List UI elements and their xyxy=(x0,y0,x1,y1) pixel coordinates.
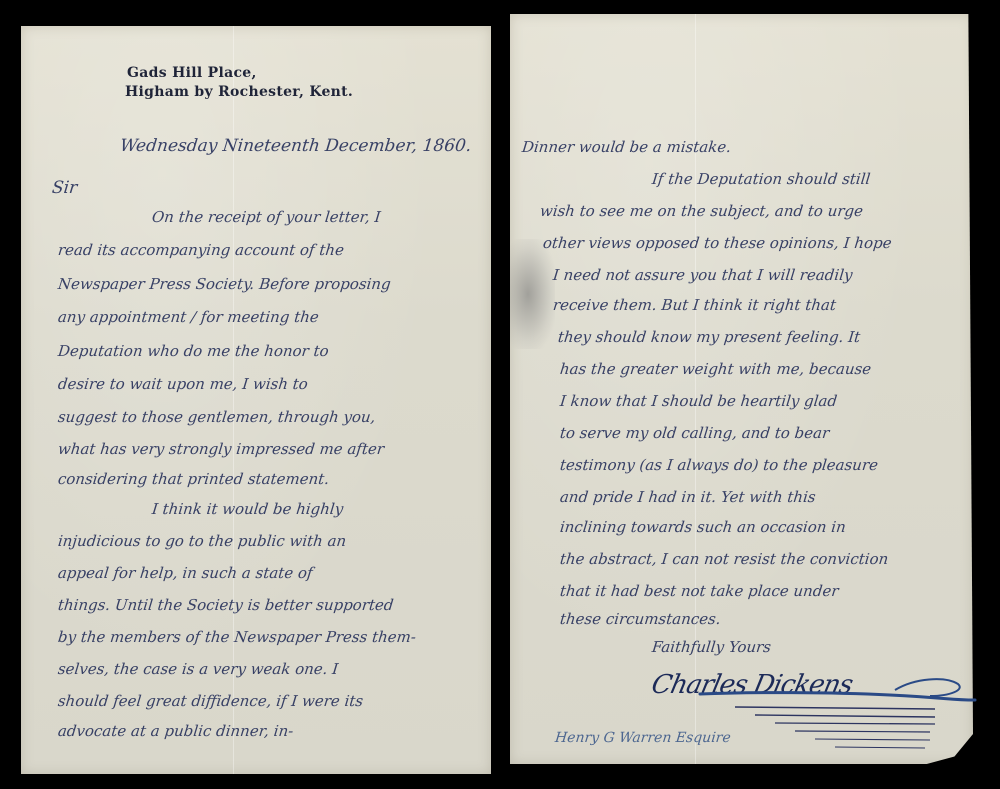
letter-line: I know that I should be heartily glad xyxy=(559,392,838,410)
letter-line: receive them. But I think it right that xyxy=(552,296,837,314)
letter-line: testimony (as I always do) to the pleasu… xyxy=(559,456,879,474)
letter-line: selves, the case is a very weak one. I xyxy=(57,660,339,678)
letter-line: other views opposed to these opinions, I… xyxy=(542,234,893,252)
letter-line: they should know my present feeling. It xyxy=(557,328,861,346)
letter-line: these circumstances. xyxy=(559,610,722,628)
letter-line: desire to wait upon me, I wish to xyxy=(57,375,309,393)
signature-flourish-icon xyxy=(690,670,980,710)
letter-line: On the receipt of your letter, I xyxy=(151,208,382,226)
letterhead-line-1: Gads Hill Place, xyxy=(125,64,353,83)
letter-line: what has very strongly impressed me afte… xyxy=(57,440,385,458)
letter-line: advocate at a public dinner, in- xyxy=(57,722,294,740)
letter-line: I need not assure you that I will readil… xyxy=(552,266,853,284)
letter-line: injudicious to go to the public with an xyxy=(57,532,347,550)
letter-line: appeal for help, in such a state of xyxy=(57,564,313,582)
letterhead-line-2: Higham by Rochester, Kent. xyxy=(125,83,353,102)
letter-line: Deputation who do me the honor to xyxy=(57,342,330,360)
letter-line: and pride I had in it. Yet with this xyxy=(559,488,816,506)
letter-line: Newspaper Press Society. Before proposin… xyxy=(57,275,392,293)
letter-line: to serve my old calling, and to bear xyxy=(559,424,830,442)
letter-line: Dinner would be a mistake. xyxy=(521,138,732,156)
letter-line: by the members of the Newspaper Press th… xyxy=(57,628,417,646)
letter-line: that it had best not take place under xyxy=(559,582,839,600)
water-stain xyxy=(510,239,555,349)
letter-line: read its accompanying account of the xyxy=(57,241,345,259)
letter-date: Wednesday Nineteenth December, 1860. xyxy=(119,136,472,156)
letter-line: things. Until the Society is better supp… xyxy=(57,596,394,614)
signature-underline-hatching-icon xyxy=(735,705,955,755)
letter-line: wish to see me on the subject, and to ur… xyxy=(539,202,864,220)
letter-line: should feel great diffidence, if I were … xyxy=(57,692,364,710)
letter-line: any appointment / for meeting the xyxy=(57,308,320,326)
addressee: Henry G Warren Esquire xyxy=(554,730,731,746)
salutation: Sir xyxy=(51,178,78,198)
letter-line: considering that printed statement. xyxy=(57,470,330,488)
letter-closing: Faithfully Yours xyxy=(651,638,772,656)
letterhead: Gads Hill Place, Higham by Rochester, Ke… xyxy=(125,64,353,102)
letter-line: has the greater weight with me, because xyxy=(559,360,872,378)
letter-line: If the Deputation should still xyxy=(651,170,871,188)
letter-line: I think it would be highly xyxy=(151,500,344,518)
letter-line: inclining towards such an occasion in xyxy=(559,518,847,536)
letter-line: suggest to those gentlemen, through you, xyxy=(57,408,376,426)
letter-line: the abstract, I can not resist the convi… xyxy=(559,550,889,568)
